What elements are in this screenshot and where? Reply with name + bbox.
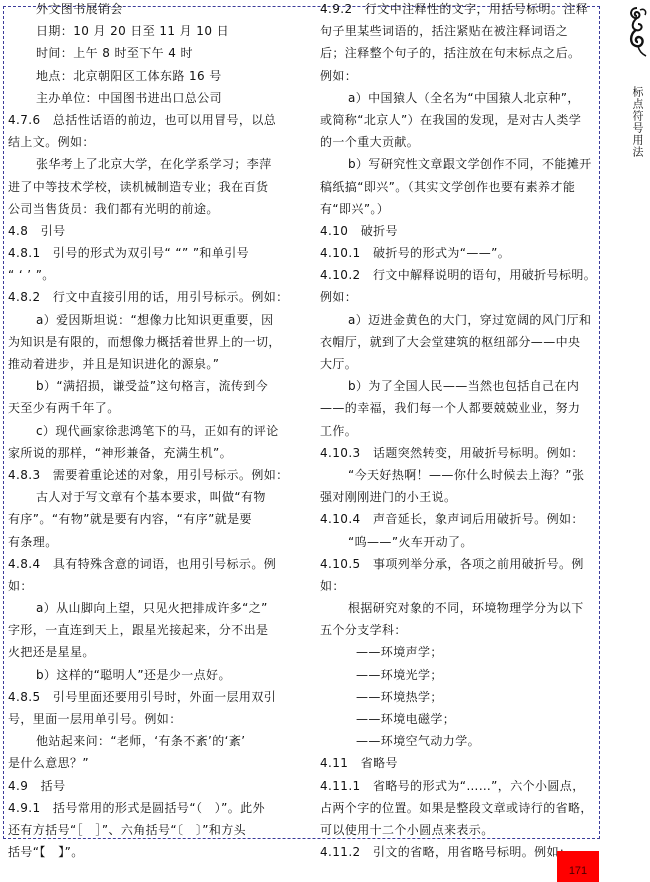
text-line: 衣帽厅，就到了大会堂建筑的枢纽部分——中央 [320,331,605,353]
text-line: 古人对于写文章有个基本要求，叫做“有物 [8,486,306,508]
text-line: 稿纸搞“即兴”。（其实文学创作也要有素养才能 [320,176,605,198]
text-line: “呜——”火车开动了。 [320,531,605,553]
decorative-swirl-icon [626,6,648,58]
text-line: 他站起来问：“老师，‘有条不紊’的‘紊’ [8,730,306,752]
text-line: 可以使用十二个小圆点来表示。 [320,819,605,841]
text-line: 的一个重大贡献。 [320,131,605,153]
text-line: “ ‘ ’ ”。 [8,264,306,286]
text-line: 推动着进步，并且是知识进化的源泉。” [8,353,306,375]
text-line: 号，里面一层用单引号。例如： [8,708,306,730]
text-line: 4.10.2 行文中解释说明的语句，用破折号标明。 [320,264,605,286]
text-line: ——环境热学； [320,686,605,708]
text-line: 有条理。 [8,531,306,553]
text-line: a）爱因斯坦说：“想像力比知识更重要，因 [8,309,306,331]
page-number-badge: 171 [557,851,599,882]
text-line: 4.10 破折号 [320,220,605,242]
text-line: 有“即兴”。） [320,198,605,220]
text-line: 4.10.5 事项列举分承，各项之前用破折号。例 [320,553,605,575]
text-line: 4.10.3 话题突然转变，用破折号标明。例如： [320,442,605,464]
text-line: 主办单位：中国图书进出口总公司 [8,87,306,109]
text-line: 或简称“北京人”）在我国的发现，是对古人类学 [320,109,605,131]
text-line: 4.8.2 行文中直接引用的话，用引号标示。例如： [8,286,306,308]
text-line: 外文图书展销会 [8,0,306,20]
text-line: 火把还是星星。 [8,641,306,663]
text-line: 根据研究对象的不同，环境物理学分为以下 [320,597,605,619]
text-line: 4.9.2 行文中注释性的文字，用括号标明。注释 [320,0,605,20]
text-line: 4.11 省略号 [320,752,605,774]
text-line: 4.10.1 破折号的形式为“——”。 [320,242,605,264]
text-line: b）写研究性文章跟文学创作不同，不能摊开 [320,153,605,175]
text-line: 大厅。 [320,353,605,375]
text-line: b）这样的“聪明人”还是少一点好。 [8,664,306,686]
text-line: 工作。 [320,420,605,442]
text-line: 占两个字的位置。如果是整段文章或诗行的省略， [320,797,605,819]
text-line: 结上文。例如： [8,131,306,153]
text-line: 4.8.1 引号的形式为双引号“ “” ”和单引号 [8,242,306,264]
text-line: 是什么意思？” [8,752,306,774]
text-line: 地点：北京朝阳区工体东路 16 号 [8,65,306,87]
text-line: 进了中等技术学校，读机械制造专业；我在百货 [8,176,306,198]
text-line: 4.8.4 具有特殊含意的词语，也用引号标示。例 [8,553,306,575]
text-line: 还有方括号“［ ］”、六角括号“〔 〕”和方头 [8,819,306,841]
text-line: a）迈进金黄色的大门，穿过宽阔的风门厅和 [320,309,605,331]
text-line: 4.8 引号 [8,220,306,242]
text-line: 日期：10 月 20 日至 11 月 10 日 [8,20,306,42]
text-line: 家所说的那样，“神形兼备，充满生机”。 [8,442,306,464]
text-line: 如： [320,575,605,597]
text-line: 例如： [320,286,605,308]
text-line: 4.8.3 需要着重论述的对象，用引号标示。例如： [8,464,306,486]
text-line: 五个分支学科： [320,619,605,641]
text-line: 4.10.4 声音延长，象声词后用破折号。例如： [320,508,605,530]
text-line: 括号“【 】”。 [8,841,306,863]
text-line: 张华考上了北京大学，在化学系学习；李萍 [8,153,306,175]
text-line: ——环境空气动力学。 [320,730,605,752]
text-line: 句子里某些词语的，括注紧贴在被注释词语之 [320,20,605,42]
page-text-frame: 外文图书展销会日期：10 月 20 日至 11 月 10 日时间：上午 8 时至… [3,6,600,839]
text-line: 天至少有两千年了。 [8,397,306,419]
text-line: ——环境电磁学； [320,708,605,730]
text-line: 字形，一直连到天上，跟星光接起来，分不出是 [8,619,306,641]
text-line: 4.9.1 括号常用的形式是圆括号“（ ）”。此外 [8,797,306,819]
text-line: a）中国猿人（全名为“中国猿人北京种”， [320,87,605,109]
text-line: b）“满招损，谦受益”这句格言，流传到今 [8,375,306,397]
text-line: b）为了全国人民——当然也包括自己在内 [320,375,605,397]
text-line: 时间：上午 8 时至下午 4 时 [8,42,306,64]
text-line: a）从山脚向上望，只见火把排成许多“之” [8,597,306,619]
text-line: 如： [8,575,306,597]
text-line: 4.11.1 省略号的形式为“……”，六个小圆点， [320,775,605,797]
left-text-column: 外文图书展销会日期：10 月 20 日至 11 月 10 日时间：上午 8 时至… [8,0,306,863]
text-line: ——的幸福，我们每一个人都要兢兢业业，努力 [320,397,605,419]
text-line: 例如： [320,65,605,87]
text-line: c）现代画家徐悲鸿笔下的马，正如有的评论 [8,420,306,442]
text-line: 有序”。“有物”就是要有内容，“有序”就是要 [8,508,306,530]
right-text-column: 4.9.2 行文中注释性的文字，用括号标明。注释句子里某些词语的，括注紧贴在被注… [320,0,605,863]
text-line: 强对刚刚进门的小王说。 [320,486,605,508]
text-line: “今天好热啊！——你什么时候去上海？”张 [320,464,605,486]
text-line: 公司当售货员：我们都有光明的前途。 [8,198,306,220]
text-line: 后；注释整个句子的，括注放在句末标点之后。 [320,42,605,64]
text-line: 4.9 括号 [8,775,306,797]
section-side-label: 标点符号用法 [630,86,644,158]
text-line: 为知识是有限的，而想像力概括着世界上的一切， [8,331,306,353]
text-line: ——环境声学； [320,641,605,663]
text-line: 4.8.5 引号里面还要用引号时，外面一层用双引 [8,686,306,708]
text-line: ——环境光学； [320,664,605,686]
text-line: 4.7.6 总括性话语的前边，也可以用冒号，以总 [8,109,306,131]
